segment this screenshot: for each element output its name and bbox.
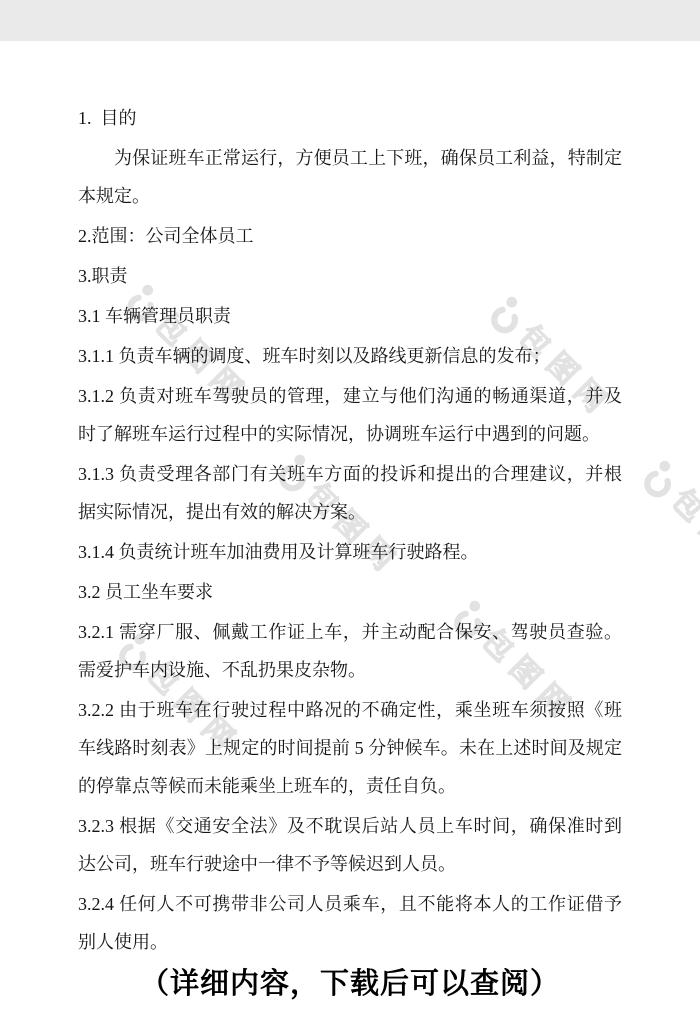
document-page: 包图网 包图网 包图网 包图网 包图网 包图网 1. 目的为保证班车正常运行	[0, 0, 700, 1030]
paragraph-11: 3.2.1 需穿厂服、佩戴工作证上车，并主动配合保安、驾驶员查验。需爱护车内设施…	[78, 613, 622, 689]
paragraph-10: 3.2 员工坐车要求	[78, 573, 622, 611]
paragraph-4: 3.职责	[78, 257, 622, 295]
download-note: （详细内容，下载后可以查阅）	[0, 965, 700, 1003]
watermark-text: 包图网	[666, 485, 700, 589]
top-gray-bar	[0, 0, 700, 41]
paragraph-9: 3.1.4 负责统计班车加油费用及计算班车行驶路程。	[78, 533, 622, 571]
paragraph-12: 3.2.2 由于班车在行驶过程中路况的不确定性，乘坐班车须按照《班车线路时刻表》…	[78, 691, 622, 805]
paragraph-3: 2.范围：公司全体员工	[78, 217, 622, 255]
baotu-logo-icon	[643, 458, 676, 500]
paragraph-1: 1. 目的	[78, 99, 622, 137]
paragraph-2: 为保证班车正常运行，方便员工上下班，确保员工利益，特制定本规定。	[78, 139, 622, 215]
paragraph-5: 3.1 车辆管理员职责	[78, 297, 622, 335]
paragraph-14: 3.2.4 任何人不可携带非公司人员乘车，且不能将本人的工作证借予别人使用。	[78, 885, 622, 961]
paragraph-6: 3.1.1 负责车辆的调度、班车时刻以及路线更新信息的发布；	[78, 337, 622, 375]
document-body: 1. 目的为保证班车正常运行，方便员工上下班，确保员工利益，特制定本规定。2.范…	[78, 99, 622, 963]
paragraph-8: 3.1.3 负责受理各部门有关班车方面的投诉和提出的合理建议，并根据实际情况，提…	[78, 455, 622, 531]
watermark-stamp: 包图网	[633, 452, 700, 593]
paragraph-7: 3.1.2 负责对班车驾驶员的管理，建立与他们沟通的畅通渠道，并及时了解班车运行…	[78, 377, 622, 453]
paragraph-13: 3.2.3 根据《交通安全法》及不耽误后站人员上车时间，确保准时到达公司，班车行…	[78, 807, 622, 883]
